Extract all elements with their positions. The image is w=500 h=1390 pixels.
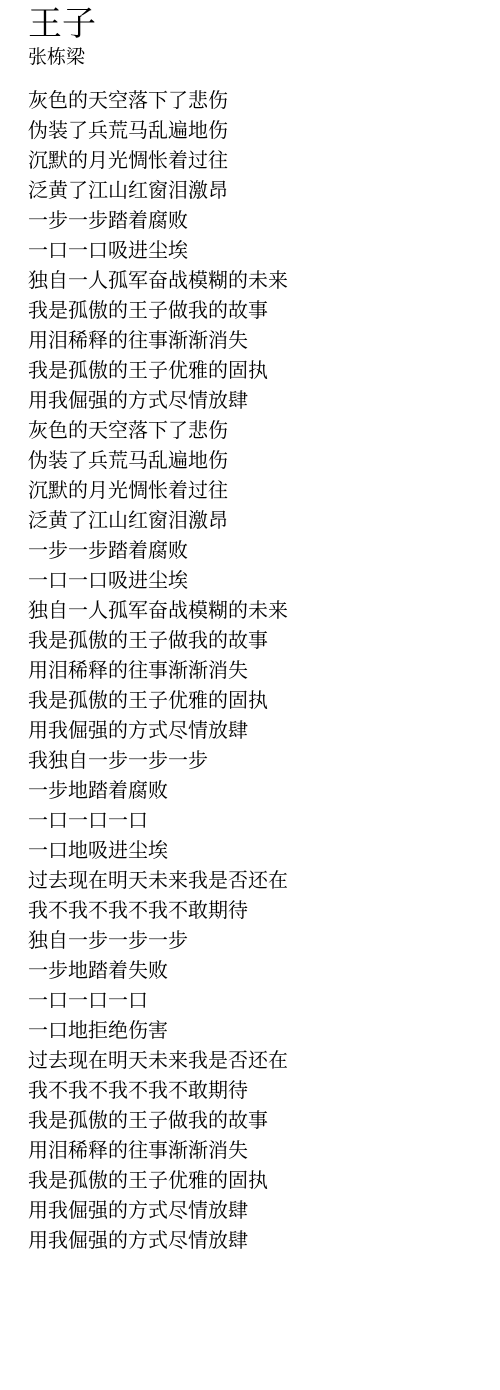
lyric-line: 一口一口吸进尘埃 bbox=[28, 235, 480, 265]
lyric-line: 一步一步踏着腐败 bbox=[28, 205, 480, 235]
lyric-line: 我不我不我不我不敢期待 bbox=[28, 1075, 480, 1105]
lyric-line: 我是孤傲的王子优雅的固执 bbox=[28, 1165, 480, 1195]
lyric-line: 灰色的天空落下了悲伤 bbox=[28, 415, 480, 445]
lyric-line: 一步地踏着失败 bbox=[28, 955, 480, 985]
lyric-line: 用我倔强的方式尽情放肆 bbox=[28, 385, 480, 415]
lyric-line: 用泪稀释的往事渐渐消失 bbox=[28, 325, 480, 355]
artist-name: 张栋梁 bbox=[28, 45, 480, 69]
lyric-line: 一步一步踏着腐败 bbox=[28, 535, 480, 565]
lyric-line: 一口一口一口 bbox=[28, 985, 480, 1015]
lyric-line: 一口地吸进尘埃 bbox=[28, 835, 480, 865]
lyric-line: 用泪稀释的往事渐渐消失 bbox=[28, 1135, 480, 1165]
lyric-line: 我独自一步一步一步 bbox=[28, 745, 480, 775]
lyric-line: 一口地拒绝伤害 bbox=[28, 1015, 480, 1045]
lyric-line: 用我倔强的方式尽情放肆 bbox=[28, 1225, 480, 1255]
lyric-line: 我是孤傲的王子优雅的固执 bbox=[28, 685, 480, 715]
lyric-line: 沉默的月光惆怅着过往 bbox=[28, 475, 480, 505]
lyric-line: 我不我不我不我不敢期待 bbox=[28, 895, 480, 925]
lyric-line: 泛黄了江山红窗泪激昂 bbox=[28, 175, 480, 205]
lyrics: 灰色的天空落下了悲伤伪装了兵荒马乱遍地伤沉默的月光惆怅着过往泛黄了江山红窗泪激昂… bbox=[28, 85, 480, 1255]
song-title: 王子 bbox=[28, 3, 480, 45]
lyric-line: 用我倔强的方式尽情放肆 bbox=[28, 715, 480, 745]
lyric-line: 独自一人孤军奋战模糊的未来 bbox=[28, 595, 480, 625]
lyric-line: 我是孤傲的王子优雅的固执 bbox=[28, 355, 480, 385]
lyric-line: 独自一步一步一步 bbox=[28, 925, 480, 955]
lyric-line: 用我倔强的方式尽情放肆 bbox=[28, 1195, 480, 1225]
lyric-line: 灰色的天空落下了悲伤 bbox=[28, 85, 480, 115]
lyric-line: 一口一口吸进尘埃 bbox=[28, 565, 480, 595]
lyrics-page: 王子 张栋梁 灰色的天空落下了悲伤伪装了兵荒马乱遍地伤沉默的月光惆怅着过往泛黄了… bbox=[0, 0, 500, 1390]
lyric-line: 我是孤傲的王子做我的故事 bbox=[28, 625, 480, 655]
lyric-line: 沉默的月光惆怅着过往 bbox=[28, 145, 480, 175]
lyric-line: 一口一口一口 bbox=[28, 805, 480, 835]
lyric-line: 泛黄了江山红窗泪激昂 bbox=[28, 505, 480, 535]
lyric-line: 过去现在明天未来我是否还在 bbox=[28, 865, 480, 895]
lyric-line: 我是孤傲的王子做我的故事 bbox=[28, 295, 480, 325]
lyric-line: 一步地踏着腐败 bbox=[28, 775, 480, 805]
lyric-line: 过去现在明天未来我是否还在 bbox=[28, 1045, 480, 1075]
lyric-line: 伪装了兵荒马乱遍地伤 bbox=[28, 115, 480, 145]
lyric-line: 独自一人孤军奋战模糊的未来 bbox=[28, 265, 480, 295]
lyric-line: 用泪稀释的往事渐渐消失 bbox=[28, 655, 480, 685]
lyric-line: 我是孤傲的王子做我的故事 bbox=[28, 1105, 480, 1135]
lyric-line: 伪装了兵荒马乱遍地伤 bbox=[28, 445, 480, 475]
